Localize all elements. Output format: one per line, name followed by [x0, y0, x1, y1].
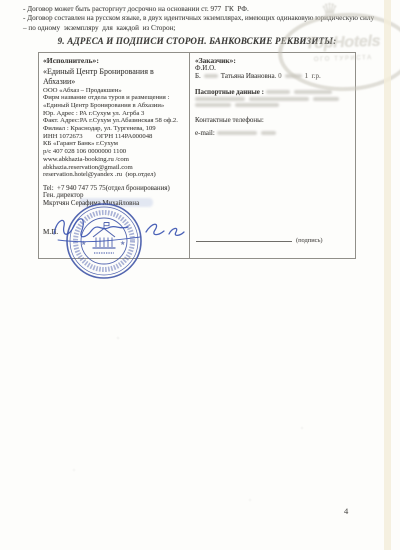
page-number: 4 — [344, 506, 348, 516]
company-detail-line: р/с 407 028 106 0000000 1100 — [43, 148, 178, 156]
company-email-line: reservation.hotel@yandex .ru (юр.отдел) — [43, 171, 178, 179]
contacts-label: Контактные телефоны: — [195, 116, 264, 124]
redacted-text — [235, 103, 279, 108]
redacted-surname — [204, 74, 218, 79]
executor-details: ООО «Абхаз – Продакшен» Фирм название от… — [43, 87, 178, 179]
company-detail-line: Факт. Адрес:РА г.Сухум ул.Абазинская 58 … — [43, 117, 178, 125]
fio-prefix: Б. — [195, 72, 201, 80]
fio-name: Татьяна Ивановна — [221, 72, 275, 80]
customer-signature-line — [196, 241, 292, 242]
company-detail-line: КБ «Гарант Банк» г.Сухум — [43, 140, 178, 148]
company-detail-line: Фирм название отдела туров и размещения … — [43, 94, 178, 102]
company-website-line: www.abkhazia-booking.ru /com — [43, 156, 178, 164]
signature-caption: (подпись) — [296, 237, 323, 244]
company-detail-line: ООО «Абхаз – Продакшен» — [43, 87, 178, 95]
passport-line — [195, 101, 281, 109]
executor-org-name: «Единый Центр Бронирования в Абхазии» — [43, 67, 154, 88]
company-detail-line: «Единый Центр Бронирования в Абхазии» — [43, 102, 178, 110]
email-line: e-mail: — [195, 129, 278, 137]
director-title: Ген. директор — [43, 192, 170, 200]
tophotels-watermark: ♛ TopHotels ОГО ТУРИСТА — [274, 2, 400, 97]
director-signature-stroke — [48, 210, 186, 246]
executor-title: «Исполнитель»: — [43, 56, 99, 65]
company-detail-line: ИНН 1072673 ОГРН 114РА000048 — [43, 133, 178, 141]
org-name-line: «Единый Центр Бронирования в — [43, 67, 154, 78]
redacted-text — [195, 103, 231, 108]
contract-scan-page: - Договор может быть расторгнут досрочно… — [0, 0, 400, 550]
email-label: e-mail: — [195, 129, 215, 137]
redacted-email — [217, 131, 257, 136]
scan-edge-strip — [384, 0, 391, 550]
phone-line: Tel: +7 940 747 75 75(отдел бронирования… — [43, 185, 170, 193]
redacted-email — [261, 131, 276, 136]
redacted-text — [313, 97, 339, 102]
company-detail-line: Филиал : Краснодар, ул. Тургенева, 109 — [43, 125, 178, 133]
crown-icon: ♛ — [320, 1, 339, 22]
